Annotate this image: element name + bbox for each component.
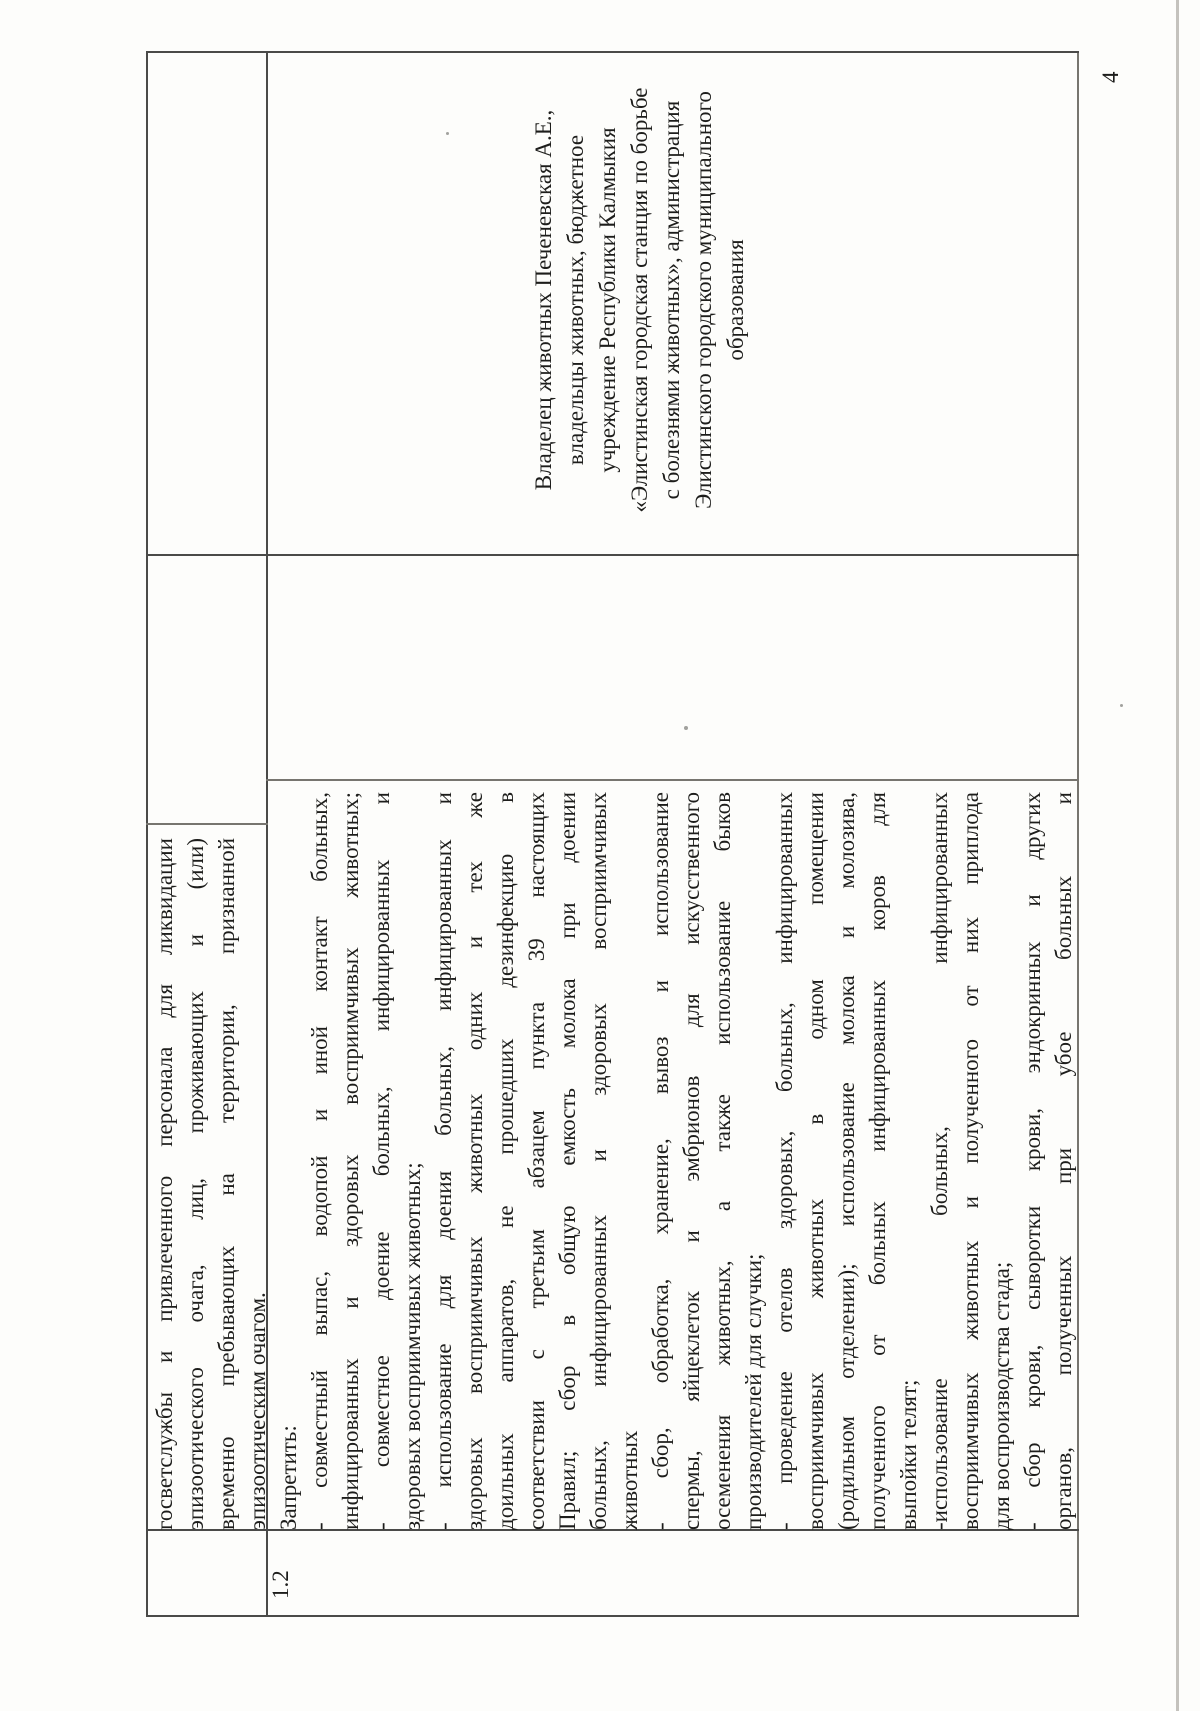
text-line: временно пребывающих на территории, приз… (211, 838, 242, 1530)
text-line: учреждение Республики Калмыкия (592, 57, 624, 543)
row-1-2-responsible-cell: Владелец животных Печеневская А.Е.,владе… (528, 57, 752, 543)
continued-row-measures-cell: госветслужбы и привлеченного персонала д… (149, 838, 273, 1530)
row-1-2-measures-cell: Запретить:- совместный выпас, водопой и … (273, 792, 1079, 1530)
text-line: госветслужбы и привлеченного персонала д… (149, 838, 180, 1530)
scan-speck (1120, 704, 1123, 707)
text-line: здоровых восприимчивых животных одних и … (459, 792, 490, 1530)
text-line: выпойки телят; (893, 792, 924, 1530)
table-top-border (146, 51, 148, 1617)
text-line: для воспроизводства стада; (986, 792, 1017, 1530)
row-number: 1.2 (268, 1570, 294, 1599)
text-line: больных, инфицированных и здоровых воспр… (583, 792, 614, 1530)
text-line: - использование для доения больных, инфи… (428, 792, 459, 1530)
table-right-border (146, 51, 1079, 53)
text-line: Владелец животных Печеневская А.Е., (528, 57, 560, 543)
text-line: эпизоотическим очагом. (242, 838, 273, 1530)
column-term-divider-row2 (266, 779, 1079, 781)
scan-speck (446, 132, 449, 135)
text-line: восприимчивых животных в одном помещении (800, 792, 831, 1530)
text-line: владельцы животных, бюджетное (560, 57, 592, 543)
text-line: органов, полученных при убое больных и (1048, 792, 1079, 1530)
scanned-document-screenshot: { "page": { "number": "4" }, "colors": {… (0, 0, 1200, 1711)
text-line: образования (720, 57, 752, 543)
landscape-page: госветслужбы и привлеченного персонала д… (0, 0, 1200, 1711)
text-line: - совместное доение больных, инфицирован… (366, 792, 397, 1530)
table-left-border (146, 1615, 1079, 1617)
text-line: (родильном отделении); использование мол… (831, 792, 862, 1530)
text-line: доильных аппаратов, не прошедших дезинфе… (490, 792, 521, 1530)
text-line: Запретить: (273, 792, 304, 1530)
text-line: животных (614, 792, 645, 1530)
text-line: эпизоотического очага, лиц, проживающих … (180, 838, 211, 1530)
text-line: «Элистинская городская станция по борьбе (624, 57, 656, 543)
text-line: соответствии с третьим абзацем пункта 39… (521, 792, 552, 1530)
page-number: 4 (1098, 72, 1124, 84)
text-line: полученного от больных инфицированных ко… (862, 792, 893, 1530)
text-line: восприимчивых животных и полученного от … (955, 792, 986, 1530)
paper-edge-shadow (1176, 0, 1179, 1711)
text-line: - совместный выпас, водопой и иной конта… (304, 792, 335, 1530)
scan-speck (684, 726, 688, 730)
text-line: Элистинского городского муниципального (688, 57, 720, 543)
text-line: -использование больных, инфицированных (924, 792, 955, 1530)
text-line: спермы, яйцеклеток и эмбрионов для искус… (676, 792, 707, 1530)
text-line: с болезнями животных», администрация (656, 57, 688, 543)
text-line: - сбор крови, сыворотки крови, эндокринн… (1017, 792, 1048, 1530)
page-scan: госветслужбы и привлеченного персонала д… (0, 0, 1200, 1711)
column-term-divider-row1 (146, 823, 268, 825)
column-responsible-divider (146, 554, 1079, 556)
text-line: здоровых восприимчивых животных; (397, 792, 428, 1530)
text-line: - проведение отелов здоровых, больных, и… (769, 792, 800, 1530)
text-line: - сбор, обработка, хранение, вывоз и исп… (645, 792, 676, 1530)
text-line: производителей для случки; (738, 792, 769, 1530)
text-line: Правил; сбор в общую емкость молока при … (552, 792, 583, 1530)
text-line: инфицированных и здоровых восприимчивых … (335, 792, 366, 1530)
text-line: осеменения животных, а также использован… (707, 792, 738, 1530)
